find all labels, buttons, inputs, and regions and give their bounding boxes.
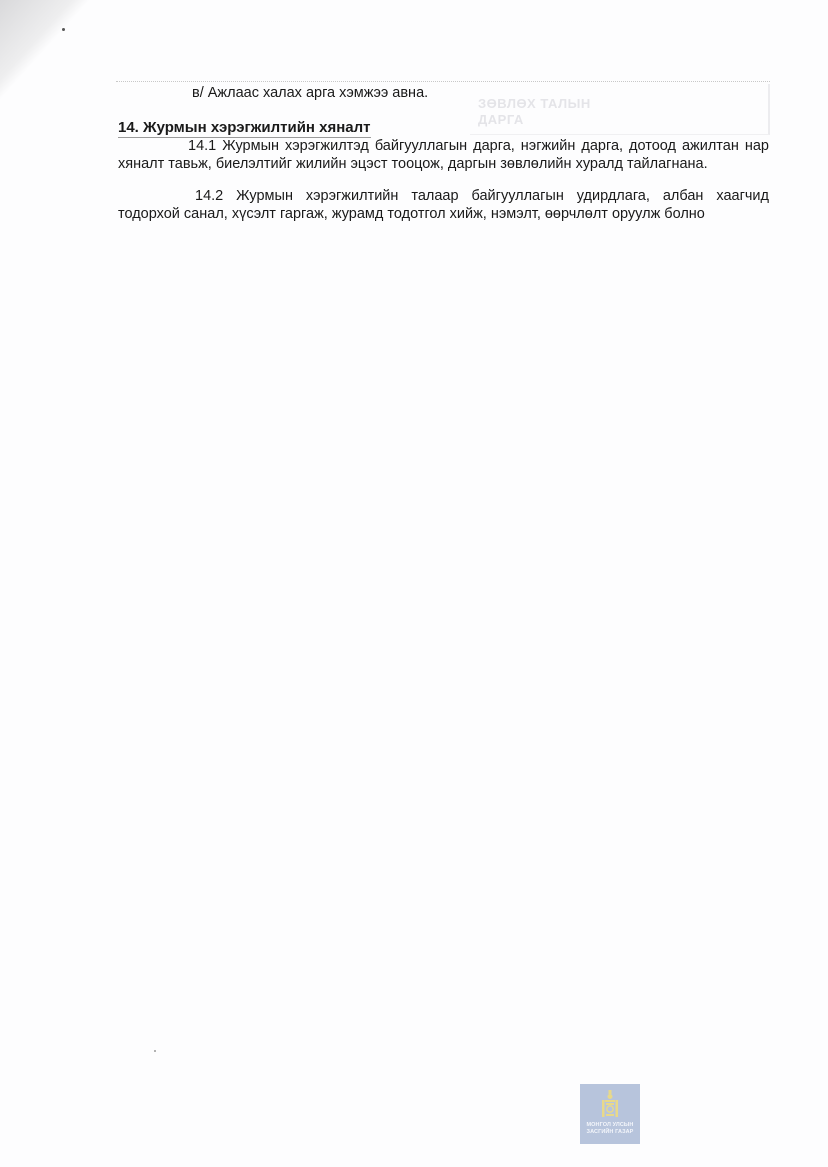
soyombo-emblem-icon — [602, 1090, 618, 1118]
stamp-line-1: МОНГОЛ УЛСЫН — [580, 1122, 640, 1129]
header-divider — [116, 81, 770, 82]
scanned-page: ЗӨВЛӨХ ТАЛЫН ДАРГА в/ Ажлаас халах арга … — [0, 0, 828, 1167]
scan-speck — [154, 1050, 156, 1052]
show-through-text: ЗӨВЛӨХ ТАЛЫН ДАРГА — [478, 96, 591, 128]
paragraph-14-2-text: 14.2 Журмын хэрэгжилтийн талаар байгуулл… — [118, 188, 769, 222]
government-stamp-logo: МОНГОЛ УЛСЫН ЗАСГИЙН ГАЗАР — [580, 1084, 640, 1144]
stamp-line-2: ЗАСГИЙН ГАЗАР — [580, 1129, 640, 1136]
paragraph-14-1-text: 14.1 Журмын хэрэгжилтэд байгууллагын дар… — [118, 138, 769, 172]
paragraph-14-1: 14.1 Журмын хэрэгжилтэд байгууллагын дар… — [118, 137, 769, 173]
show-through-line-2: ДАРГА — [478, 112, 591, 128]
folded-corner — [0, 0, 90, 100]
scan-speck — [62, 28, 65, 31]
list-item-v: в/ Ажлаас халах арга хэмжээ авна. — [192, 84, 428, 102]
section-heading: 14. Журмын хэрэгжилтийн хяналт — [118, 119, 371, 138]
show-through-line-1: ЗӨВЛӨХ ТАЛЫН — [478, 96, 591, 112]
paragraph-14-2: 14.2 Журмын хэрэгжилтийн талаар байгуулл… — [118, 187, 769, 223]
